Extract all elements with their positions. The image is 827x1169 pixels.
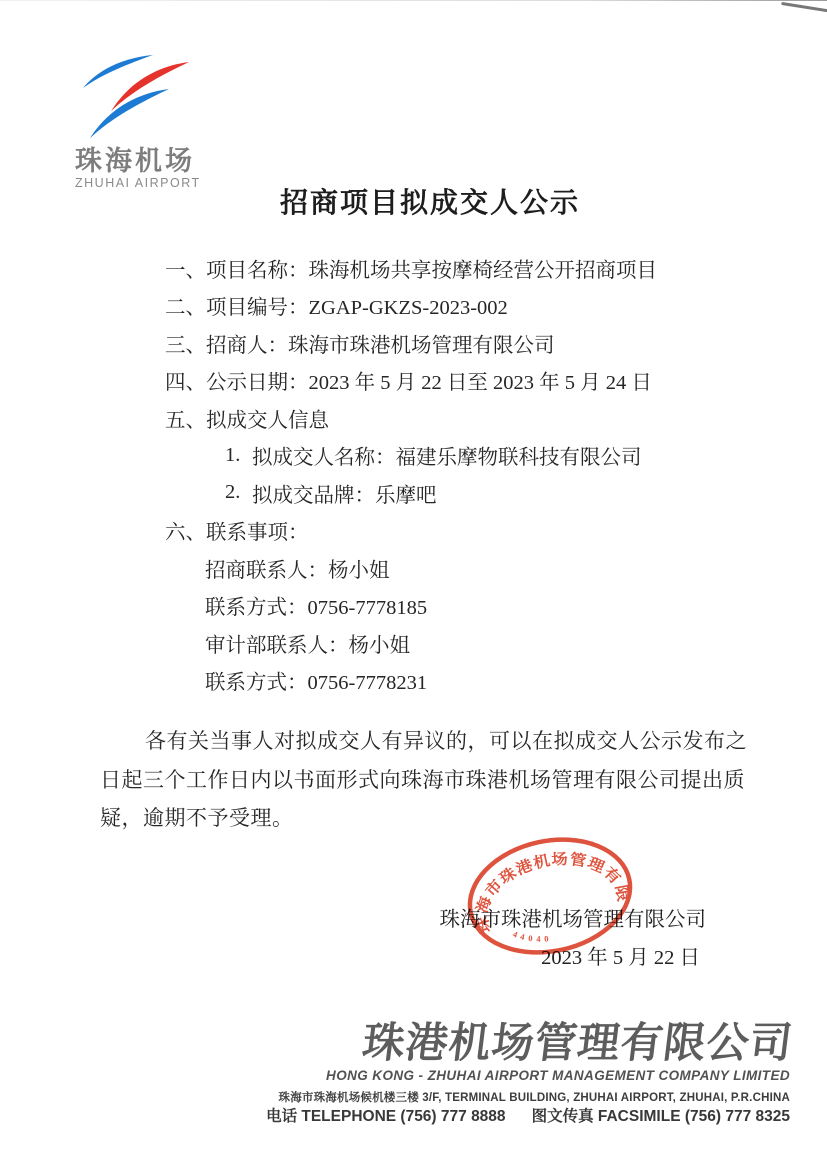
swoosh-middle-red-icon bbox=[111, 62, 189, 111]
item-marker: 1. bbox=[225, 444, 252, 467]
list-item: 五、拟成交人信息 bbox=[165, 399, 775, 437]
item-marker: 五、 bbox=[165, 403, 206, 433]
contact-line: 审计部联系人：杨小姐 bbox=[165, 624, 775, 662]
letterhead-footer: 珠港机场管理有限公司 HONG KONG - ZHUHAI AIRPORT MA… bbox=[266, 1020, 790, 1126]
footer-address: 珠海市珠海机场候机楼三楼 3/F, TERMINAL BUILDING, ZHU… bbox=[266, 1091, 790, 1105]
list-item: 四、公示日期：2023 年 5 月 22 日至 2023 年 5 月 24 日 bbox=[165, 362, 775, 400]
footer-company-en: HONG KONG - ZHUHAI AIRPORT MANAGEMENT CO… bbox=[266, 1067, 790, 1085]
item-text: 联系方式：0756-7778185 bbox=[205, 590, 427, 620]
contact-line: 联系方式：0756-7778231 bbox=[165, 662, 775, 700]
item-text: 招商联系人：杨小姐 bbox=[205, 553, 390, 583]
item-text: 联系事项： bbox=[206, 515, 309, 545]
item-marker: 2. bbox=[225, 481, 252, 504]
item-text: 审计部联系人：杨小姐 bbox=[205, 628, 410, 658]
list-subitem: 1.拟成交人名称：福建乐摩物联科技有限公司 bbox=[165, 437, 775, 475]
item-marker: 四、 bbox=[165, 365, 206, 395]
item-text: 拟成交品牌：乐摩吧 bbox=[252, 478, 437, 508]
item-text: 招商人：珠海市珠港机场管理有限公司 bbox=[206, 328, 555, 358]
scan-edge-artifact bbox=[0, 0, 827, 1]
footer-facsimile: 图文传真 FACSIMILE (756) 777 8325 bbox=[532, 1108, 790, 1125]
scanned-document-page: 珠海机场 ZHUHAI AIRPORT 招商项目拟成交人公示 一、项目名称：珠海… bbox=[0, 0, 827, 1169]
contact-line: 招商联系人：杨小姐 bbox=[165, 549, 775, 587]
item-text: 拟成交人名称：福建乐摩物联科技有限公司 bbox=[252, 440, 642, 470]
swoosh-bottom-blue-icon bbox=[90, 89, 169, 138]
signature-company: 珠海市珠港机场管理有限公司 bbox=[0, 901, 706, 939]
list-item: 二、项目编号：ZGAP-GKZS-2023-002 bbox=[165, 287, 775, 325]
item-text: 公示日期：2023 年 5 月 22 日至 2023 年 5 月 24 日 bbox=[206, 365, 652, 395]
list-subitem: 2.拟成交品牌：乐摩吧 bbox=[165, 474, 775, 512]
item-marker: 二、 bbox=[165, 290, 206, 320]
item-marker: 三、 bbox=[165, 328, 206, 358]
item-text: 拟成交人信息 bbox=[206, 403, 329, 433]
footer-company-cn: 珠港机场管理有限公司 bbox=[266, 1020, 796, 1066]
footer-telephone: 电话 TELEPHONE (756) 777 8888 bbox=[266, 1108, 506, 1125]
zhuhai-airport-logo: 珠海机场 ZHUHAI AIRPORT bbox=[75, 52, 225, 190]
footer-phone-fax: 电话 TELEPHONE (756) 777 8888图文传真 FACSIMIL… bbox=[266, 1107, 790, 1126]
item-marker: 一、 bbox=[165, 253, 206, 283]
signature-block: 珠海市珠港机场管理有限公司 2023 年 5 月 22 日 bbox=[0, 901, 706, 977]
list-item: 六、联系事项： bbox=[165, 512, 775, 550]
item-text: 项目编号：ZGAP-GKZS-2023-002 bbox=[206, 290, 508, 320]
airport-swoosh-icon bbox=[75, 52, 197, 144]
scan-corner-artifact bbox=[781, 2, 827, 13]
item-marker: 六、 bbox=[165, 515, 206, 545]
list-item: 一、项目名称：珠海机场共享按摩椅经营公开招商项目 bbox=[165, 249, 775, 287]
item-text: 项目名称：珠海机场共享按摩椅经营公开招商项目 bbox=[206, 253, 657, 283]
page-title: 招商项目拟成交人公示 bbox=[100, 181, 760, 221]
item-text: 联系方式：0756-7778231 bbox=[205, 665, 427, 695]
logo-name-cn: 珠海机场 bbox=[75, 146, 225, 176]
announcement-list: 一、项目名称：珠海机场共享按摩椅经营公开招商项目 二、项目编号：ZGAP-GKZ… bbox=[165, 249, 775, 699]
contact-line: 联系方式：0756-7778185 bbox=[165, 587, 775, 625]
notice-paragraph: 各有关当事人对拟成交人有异议的，可以在拟成交人公示发布之日起三个工作日内以书面形… bbox=[100, 722, 758, 838]
list-item: 三、招商人：珠海市珠港机场管理有限公司 bbox=[165, 324, 775, 362]
signature-date: 2023 年 5 月 22 日 bbox=[0, 939, 706, 977]
